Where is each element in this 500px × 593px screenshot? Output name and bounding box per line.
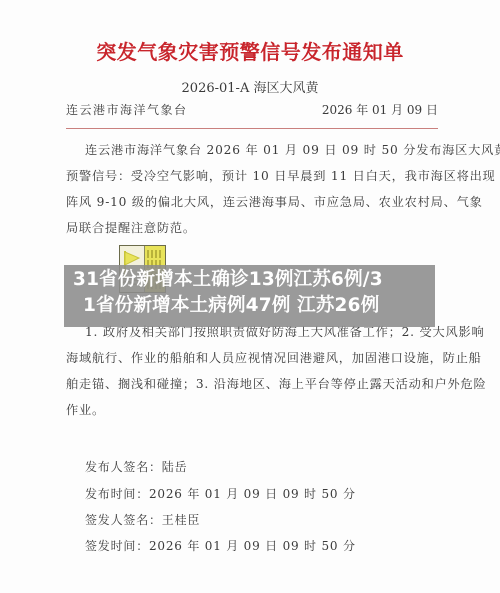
paragraph-line: 预警信号：受冷空气影响，预计 10 日早晨到 11 日白天，我市海区将出现	[66, 163, 438, 189]
defense-guidelines-paragraph: 1. 政府及相关部门按照职责做好防海上大风准备工作；2. 受大风影响 海域航行、…	[66, 319, 438, 423]
document-page: 突发气象灾害预警信号发布通知单 2026-01-A 海区大风黄 连云港市海洋气象…	[0, 0, 500, 593]
document-subtitle: 2026-01-A 海区大风黄	[0, 77, 500, 96]
headline-line: 1省份新增本土病例47例 江苏26例	[73, 293, 437, 319]
paragraph-line: 局联合提醒注意防范。	[66, 215, 438, 241]
issuer-name: 连云港市海洋气象台	[66, 101, 188, 118]
publish-time: 发布时间：2026 年 01 月 09 日 09 时 50 分	[85, 485, 356, 502]
document-header-row: 连云港市海洋气象台 2026 年 01 月 09 日	[66, 101, 438, 118]
headline-line: 31省份新增本土确诊13例江苏6例/3	[73, 267, 437, 293]
paragraph-line: 连云港市海洋气象台 2026 年 01 月 09 日 09 时 50 分发布海区…	[66, 137, 438, 163]
headline-overlay[interactable]: 31省份新增本土确诊13例江苏6例/3 1省份新增本土病例47例 江苏26例	[64, 265, 435, 327]
paragraph-line: 海域航行、作业的船舶和人员应视情况回港避风，加固港口设施，防止船	[66, 345, 438, 371]
red-divider	[66, 128, 438, 129]
paragraph-line: 阵风 9-10 级的偏北大风，连云港海事局、市应急局、农业农村局、气象	[66, 189, 438, 215]
headline-text: 31省份新增本土确诊13例江苏6例/3 1省份新增本土病例47例 江苏26例	[73, 267, 437, 319]
document-title: 突发气象灾害预警信号发布通知单	[0, 36, 500, 65]
warning-paragraph: 连云港市海洋气象台 2026 年 01 月 09 日 09 时 50 分发布海区…	[66, 137, 438, 241]
paragraph-line: 舶走锚、搁浅和碰撞；3. 沿海地区、海上平台等停止露天活动和户外危险	[66, 371, 438, 397]
signer-signature: 签发人签名：王桂臣	[85, 511, 200, 528]
issue-date: 2026 年 01 月 09 日	[322, 101, 438, 118]
sign-time: 签发时间：2026 年 01 月 09 日 09 时 50 分	[85, 537, 356, 554]
publisher-signature: 发布人签名：陆岳	[85, 458, 187, 475]
paragraph-line: 作业。	[66, 397, 438, 423]
